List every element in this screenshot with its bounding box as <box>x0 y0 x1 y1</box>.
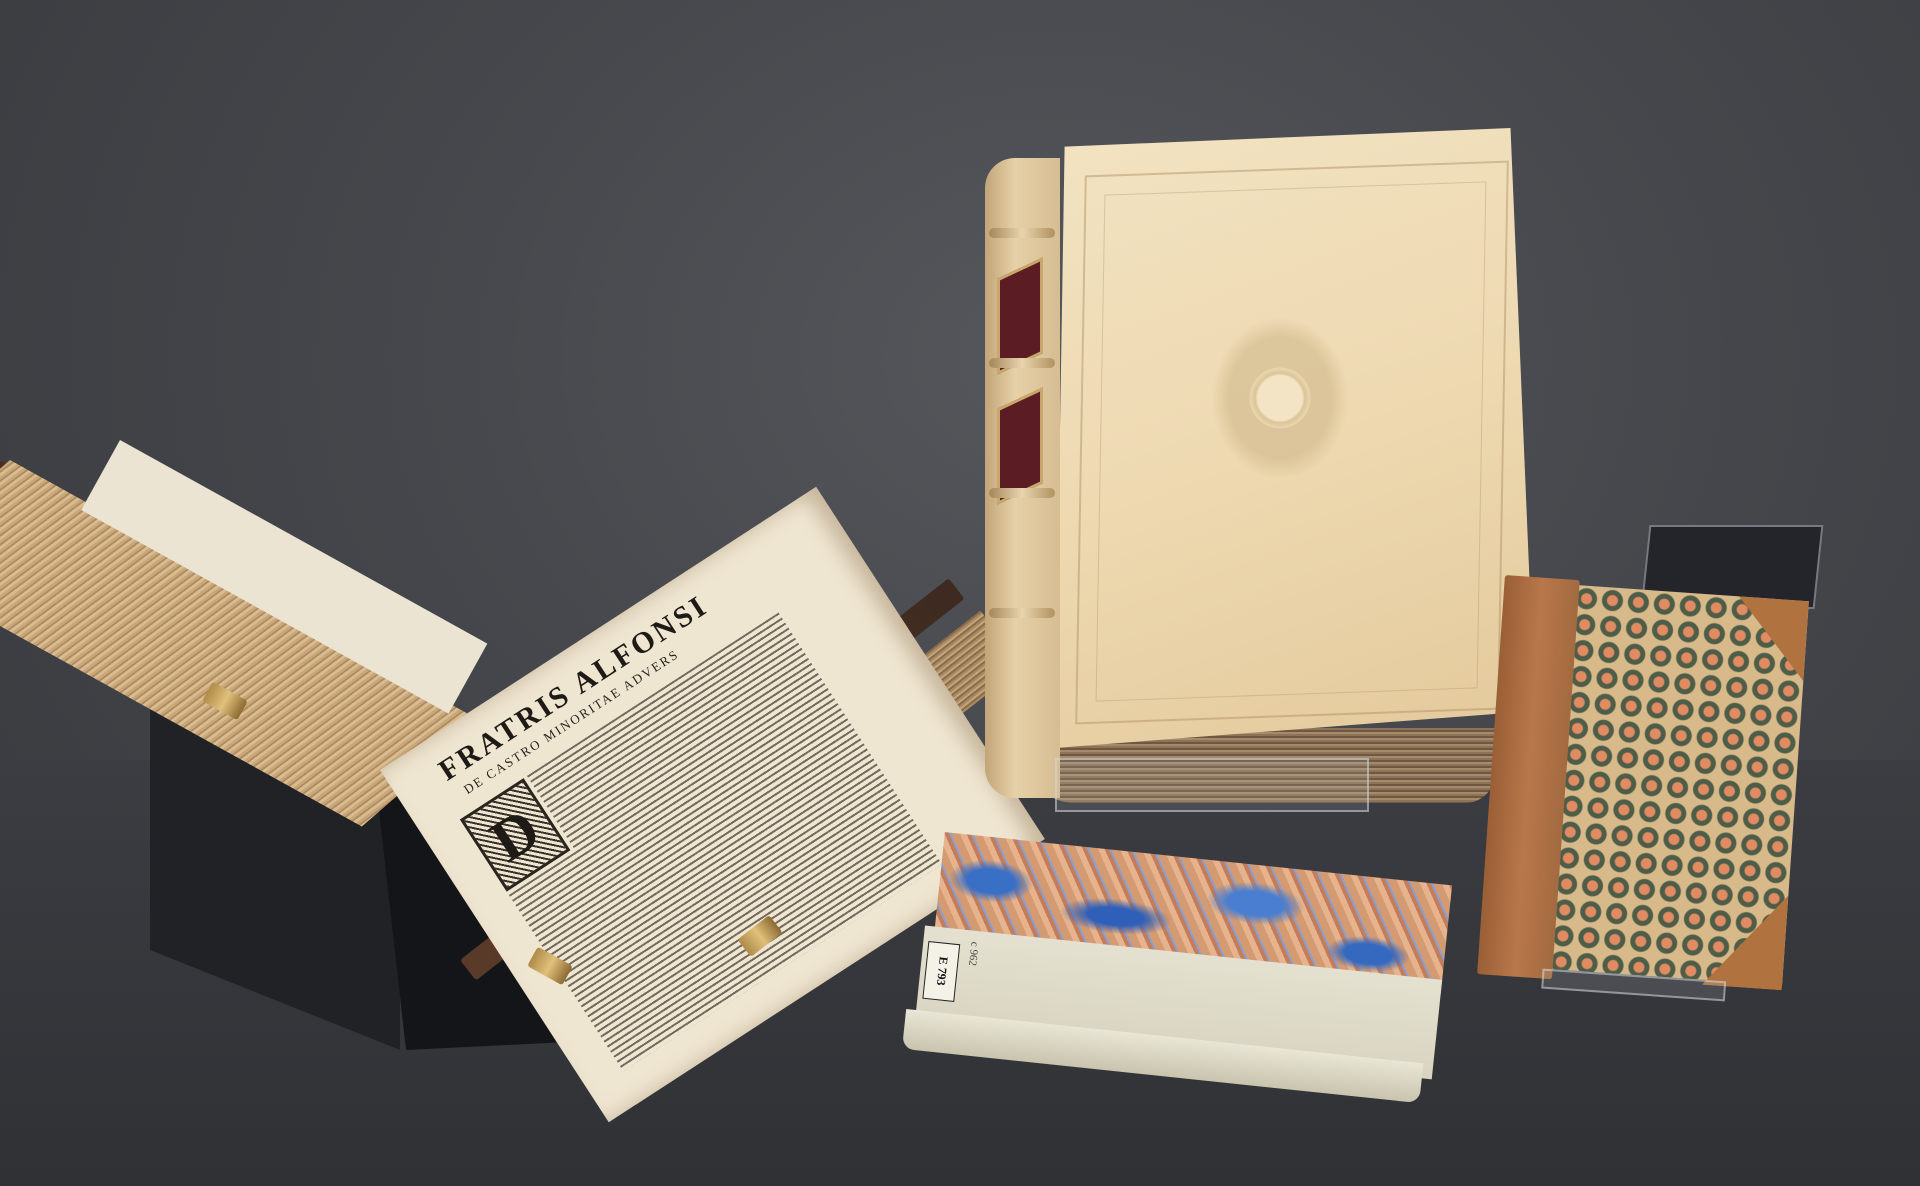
patterned-paper-book <box>1476 575 1814 1006</box>
marbled-paper-book: E 793 c 962 <box>897 830 1462 1155</box>
shelfmark-label: E 793 <box>922 941 960 1002</box>
vellum-book-spine <box>985 158 1060 798</box>
pencil-note: c 962 <box>966 941 980 966</box>
vellum-bound-book <box>985 128 1545 808</box>
spine-raised-band <box>989 358 1055 368</box>
photo-scene: FRATRIS ALFONSI DE CASTRO MINORITAE ADVE… <box>0 0 1920 1186</box>
spine-raised-band <box>989 228 1055 238</box>
margin-notes <box>806 593 873 637</box>
acrylic-book-rest <box>1055 758 1369 812</box>
spine-raised-band <box>989 488 1055 498</box>
spine-raised-band <box>989 608 1055 618</box>
